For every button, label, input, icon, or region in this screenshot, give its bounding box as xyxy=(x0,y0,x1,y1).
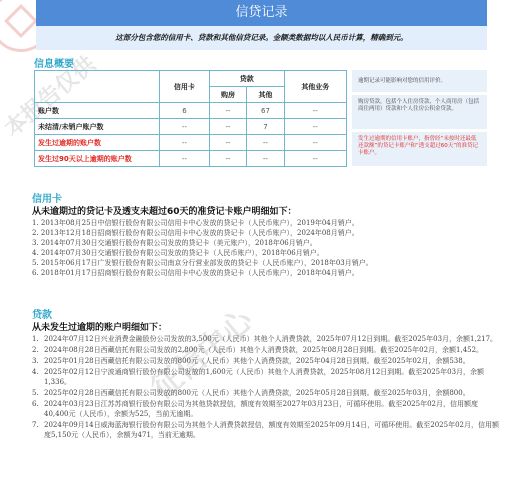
item-number: 4. xyxy=(32,367,44,387)
list-item: 1. 2013年08月25日中信银行股份有限公司信用卡中心发放的贷记卡（人民币账… xyxy=(32,218,502,228)
item-number: 5. xyxy=(32,388,44,398)
cell-other-business: -- xyxy=(284,135,346,151)
table-row: 发生过逾期的账户数 -- -- -- -- xyxy=(35,135,347,151)
empty-header-cell xyxy=(35,71,160,103)
row-label: 发生过逾期的账户数 xyxy=(35,135,160,151)
item-number: 7. xyxy=(32,420,44,440)
cell-credit-card: -- xyxy=(160,151,210,167)
summary-notes: 逾期记录可能影响对您的信用评价。 购房贷款，包括个人住房贷款、个人商用房（包括商… xyxy=(352,70,487,169)
credit-card-list: 1. 2013年08月25日中信银行股份有限公司信用卡中心发放的贷记卡（人民币账… xyxy=(32,218,502,278)
cell-other-business: -- xyxy=(284,119,346,135)
row-label: 账户数 xyxy=(35,103,160,119)
list-item: 1.2024年07月12日兴业消费金融股份公司发放的3,500元（人民币）其他个… xyxy=(32,334,502,344)
list-item: 3. 2014年07月30日交通银行股份有限公司发放的贷记卡（美元账户），201… xyxy=(32,238,502,248)
header-credit-card: 信用卡 xyxy=(160,71,210,103)
list-item: 6.2024年03月23日江苏苏商银行股份有限公司为其他贷款授信，额度有效期至2… xyxy=(32,399,502,419)
row-label: 发生过90天以上逾期的账户数 xyxy=(35,151,160,167)
item-text: 2024年03月23日江苏苏商银行股份有限公司为其他贷款授信，额度有效期至202… xyxy=(44,399,502,419)
note-housing-loan: 购房贷款，包括个人住房贷款、个人商用房（包括商住两用）贷款和个人住房公积金贷款。 xyxy=(352,95,487,129)
list-item: 5. 2015年06月17日广发银行股份有限公司南京分行营业部发放的贷记卡（人民… xyxy=(32,258,502,268)
loans-list: 1.2024年07月12日兴业消费金融股份公司发放的3,500元（人民币）其他个… xyxy=(32,334,502,441)
credit-card-subheading: 从未逾期过的贷记卡及透支未超过60天的准贷记卡账户明细如下： xyxy=(32,204,297,217)
cell-loan-other: 7 xyxy=(247,119,284,135)
cell-credit-card: -- xyxy=(160,119,210,135)
page-title: 信贷记录 xyxy=(36,0,487,26)
item-text: 2025年02月12日宁波通商银行股份有限公司发放的1,600元（人民币）其他个… xyxy=(44,367,502,387)
cell-loan-housing: -- xyxy=(209,135,246,151)
list-item: 2. 2013年12月18日招商银行股份有限公司信用卡中心发放的贷记卡（人民币账… xyxy=(32,228,502,238)
list-item: 2.2024年08月28日西藏信托有限公司发放的2,800元（人民币）其他个人消… xyxy=(32,345,502,355)
header-loan-housing: 购房 xyxy=(209,87,246,103)
cell-loan-housing: -- xyxy=(209,119,246,135)
item-text: 2024年09月14日威海蓝海银行股份有限公司为其他个人消费贷款授信，额度有效期… xyxy=(44,420,502,440)
summary-section-title: 信息概要 xyxy=(34,55,74,70)
item-number: 2. xyxy=(32,345,44,355)
cell-other-business: -- xyxy=(284,151,346,167)
cell-loan-other: -- xyxy=(247,135,284,151)
summary-header-row: 信用卡 贷款 其他业务 xyxy=(35,71,347,87)
item-text: 2025年02月28日西藏信托有限公司发放的800元（人民币）其他个人消费贷款，… xyxy=(44,388,502,398)
list-item: 4. 2014年07月30日交通银行股份有限公司发放的贷记卡（人民币账户），20… xyxy=(32,248,502,258)
header-loan: 贷款 xyxy=(209,71,284,87)
item-text: 2025年01月28日西藏信托有限公司发放的800元（人民币）其他个人消费贷款，… xyxy=(44,356,502,366)
cell-credit-card: -- xyxy=(160,135,210,151)
note-credit-card-overdue: 发生过逾期的信用卡账户，指曾经“未按时还最低还款额”的贷记卡账户和“透支超过60… xyxy=(352,132,487,166)
list-item: 7.2024年09月14日威海蓝海银行股份有限公司为其他个人消费贷款授信，额度有… xyxy=(32,420,502,440)
item-number: 6. xyxy=(32,399,44,419)
summary-table: 信用卡 贷款 其他业务 购房 其他 账户数 6 -- 67 -- 未结清/未销户… xyxy=(34,70,347,167)
table-row: 发生过90天以上逾期的账户数 -- -- -- -- xyxy=(35,151,347,167)
credit-card-section-title: 信用卡 xyxy=(32,190,62,205)
loans-subheading: 从未发生过逾期的账户明细如下： xyxy=(32,320,167,333)
item-text: 2024年08月28日西藏信托有限公司发放的2,800元（人民币）其他个人消费贷… xyxy=(44,345,502,355)
cell-credit-card: 6 xyxy=(160,103,210,119)
header-loan-other: 其他 xyxy=(247,87,284,103)
list-item: 3.2025年01月28日西藏信托有限公司发放的800元（人民币）其他个人消费贷… xyxy=(32,356,502,366)
item-text: 2024年07月12日兴业消费金融股份公司发放的3,500元（人民币）其他个人消… xyxy=(44,334,502,344)
cell-loan-other: 67 xyxy=(247,103,284,119)
cell-loan-housing: -- xyxy=(209,151,246,167)
item-number: 1. xyxy=(32,334,44,344)
list-item: 4.2025年02月12日宁波通商银行股份有限公司发放的1,600元（人民币）其… xyxy=(32,367,502,387)
cell-loan-other: -- xyxy=(247,151,284,167)
table-row: 未结清/未销户账户数 -- -- 7 -- xyxy=(35,119,347,135)
cell-loan-housing: -- xyxy=(209,103,246,119)
list-item: 5.2025年02月28日西藏信托有限公司发放的800元（人民币）其他个人消费贷… xyxy=(32,388,502,398)
list-item: 6. 2018年01月17日招商银行股份有限公司信用卡中心发放的贷记卡（人民币账… xyxy=(32,268,502,278)
table-row: 账户数 6 -- 67 -- xyxy=(35,103,347,119)
page-subtitle: 这部分包含您的信用卡、贷款和其他信贷记录。金额类数据均以人民币计算，精确到元。 xyxy=(36,26,487,50)
loans-section-title: 贷款 xyxy=(32,306,52,321)
cell-other-business: -- xyxy=(284,103,346,119)
header-other-business: 其他业务 xyxy=(284,71,346,103)
row-label: 未结清/未销户账户数 xyxy=(35,119,160,135)
note-overdue: 逾期记录可能影响对您的信用评价。 xyxy=(352,70,487,92)
item-number: 3. xyxy=(32,356,44,366)
